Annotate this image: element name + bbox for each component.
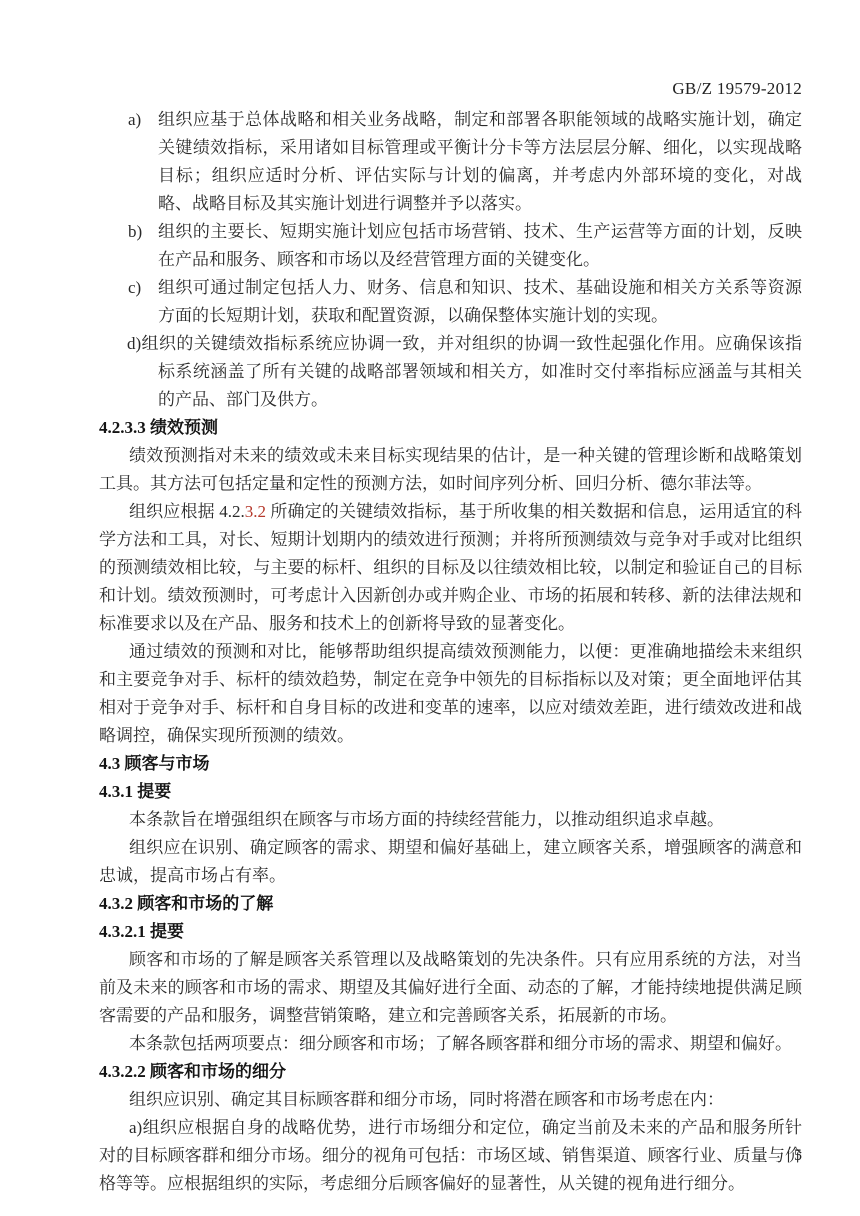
heading-4-3-2-1: 4.3.2.1 提要 (99, 918, 802, 946)
document-page: GB/Z 19579-2012 a) 组织应基于总体战略和相关业务战略，制定和部… (0, 0, 860, 1216)
clause-reference-number-highlight: 3.2 (245, 502, 266, 521)
list-item-b-label: b) (128, 218, 158, 274)
heading-4-3-2: 4.3.2 顾客和市场的了解 (99, 890, 802, 918)
list-item-b-text: 组织的主要长、短期实施计划应包括市场营销、技术、生产运营等方面的计划，反映在产品… (158, 218, 802, 274)
paragraph-4-3-1-summary-1: 本条款旨在增强组织在顾客与市场方面的持续经营能力，以推动组织追求卓越。 (99, 806, 802, 834)
page-number: 5 (794, 1147, 802, 1164)
page-footer: 5 (99, 1144, 802, 1168)
list-item-a: a) 组织应基于总体战略和相关业务战略，制定和部署各职能领域的战略实施计划，确定… (128, 106, 802, 218)
heading-4-3-1: 4.3.1 提要 (99, 778, 802, 806)
paragraph-4-3-2-2-intro: 组织应识别、确定其目标顾客群和细分市场，同时将潜在顾客和市场考虑在内： (99, 1086, 802, 1114)
list-item-c: c) 组织可通过制定包括人力、财务、信息和知识、技术、基础设施和相关方关系等资源… (128, 274, 802, 330)
page-content: a) 组织应基于总体战略和相关业务战略，制定和部署各职能领域的战略实施计划，确定… (99, 106, 802, 1198)
standard-number: GB/Z 19579-2012 (672, 79, 802, 98)
list-item-a-label: a) (128, 106, 158, 218)
heading-4-3-2-2: 4.3.2.2 顾客和市场的细分 (99, 1058, 802, 1086)
paragraph-prediction-benefits: 通过绩效的预测和对比，能够帮助组织提高绩效预测能力，以便：更准确地描绘未来组织和… (99, 638, 802, 750)
paragraph-4-3-1-summary-2: 组织应在识别、确定顾客的需求、期望和偏好基础上，建立顾客关系，增强顾客的满意和忠… (99, 834, 802, 890)
paragraph-4-3-2-1-summary-1: 顾客和市场的了解是顾客关系管理以及战略策划的先决条件。只有应用系统的方法，对当前… (99, 946, 802, 1030)
reference-suffix-text: 所确定的关键绩效指标，基于所收集的相关数据和信息，运用适宜的科学方法和工具，对长… (99, 502, 802, 633)
paragraph-4-3-2-1-summary-2: 本条款包括两项要点：细分顾客和市场；了解各顾客群和细分市场的需求、期望和偏好。 (99, 1030, 802, 1058)
list-item-c-label: c) (128, 274, 158, 330)
list-item-d-text: d)组织的关键绩效指标系统应协调一致，并对组织的协调一致性起强化作用。应确保该指… (99, 330, 802, 414)
reference-prefix-text: 组织应根据 (129, 502, 219, 521)
paragraph-performance-prediction-intro: 绩效预测指对未来的绩效或未来目标实现结果的估计，是一种关键的管理诊断和战略策划工… (99, 442, 802, 498)
clause-reference-number: 4.2. (219, 502, 245, 521)
list-item-c-text: 组织可通过制定包括人力、财务、信息和知识、技术、基础设施和相关方关系等资源方面的… (158, 274, 802, 330)
heading-4-3: 4.3 顾客与市场 (99, 750, 802, 778)
list-item-a-text: 组织应基于总体战略和相关业务战略，制定和部署各职能领域的战略实施计划，确定关键绩… (158, 106, 802, 218)
list-item-b: b) 组织的主要长、短期实施计划应包括市场营销、技术、生产运营等方面的计划，反映… (128, 218, 802, 274)
paragraph-with-clause-reference: 组织应根据 4.2.3.2 所确定的关键绩效指标，基于所收集的相关数据和信息，运… (99, 498, 802, 638)
heading-4-2-3-3: 4.2.3.3 绩效预测 (99, 414, 802, 442)
page-header: GB/Z 19579-2012 (99, 78, 802, 100)
